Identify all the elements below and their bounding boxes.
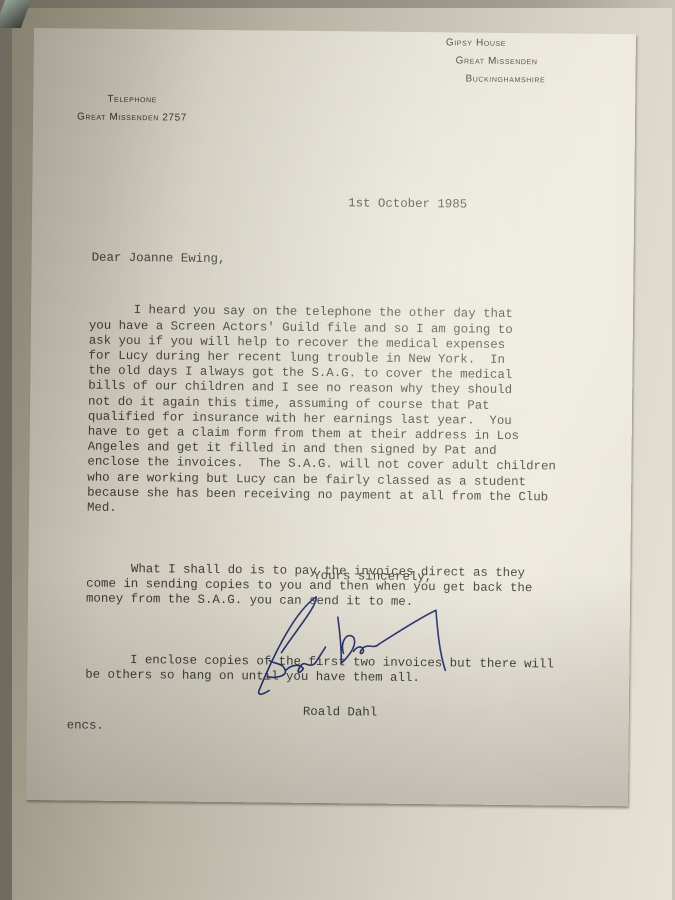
- letterhead-telephone: Telephone Great Missenden 2757: [77, 90, 187, 127]
- enclosures-note: encs.: [67, 718, 104, 734]
- letter-page: Telephone Great Missenden 2757 Gipsy Hou…: [26, 28, 636, 806]
- telephone-number: Great Missenden 2757: [77, 108, 187, 127]
- address-line: Buckinghamshire: [445, 70, 545, 89]
- address-line: Gipsy House: [446, 34, 546, 53]
- address-line: Great Missenden: [446, 52, 546, 71]
- letter-date: 1st October 1985: [348, 196, 467, 212]
- paragraph: I heard you say on the telephone the oth…: [87, 303, 558, 521]
- closing: Yours sincerely,: [313, 569, 432, 585]
- handwritten-signature: [245, 590, 456, 702]
- typed-signature-name: Roald Dahl: [303, 705, 378, 721]
- salutation: Dear Joanne Ewing,: [92, 251, 226, 268]
- telephone-label: Telephone: [77, 90, 187, 109]
- letterhead-address: Gipsy House Great Missenden Buckinghamsh…: [445, 34, 545, 89]
